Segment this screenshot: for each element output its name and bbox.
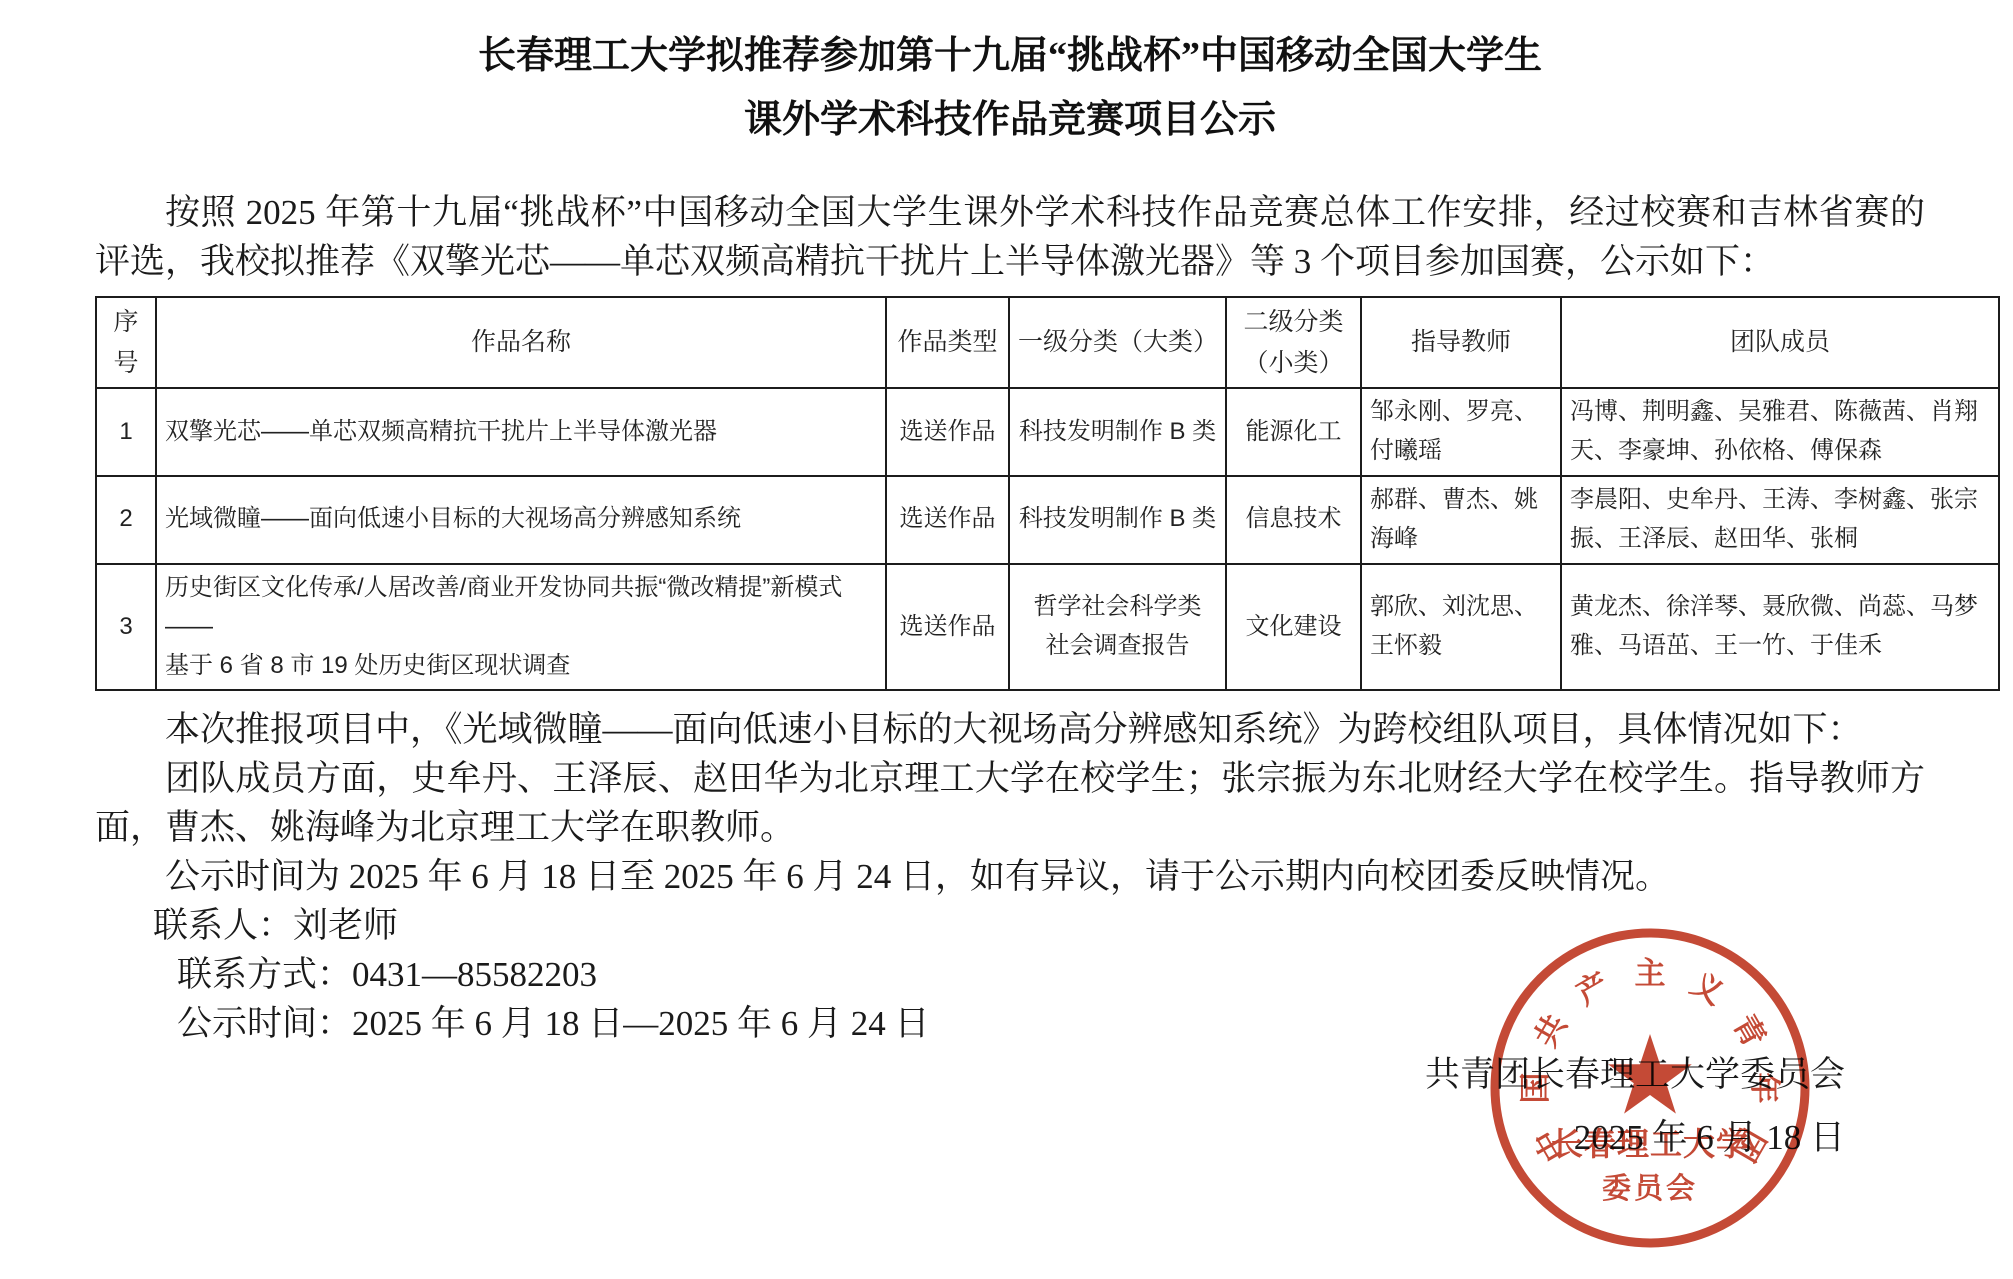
- header-work-type: 作品类型: [886, 297, 1009, 388]
- projects-table: 序 号 作品名称 作品类型 一级分类（大类） 二级分类 （小类） 指导教师 团队…: [95, 296, 2000, 691]
- cell-advisors: 郝群、曹杰、姚海峰: [1361, 476, 1561, 564]
- cell-work-name: 光域微瞳——面向低速小目标的大视场高分辨感知系统: [156, 476, 886, 564]
- seal-committee-text: 委员会: [1602, 1172, 1698, 1205]
- seal-university-text: 长春理工大学: [1551, 1126, 1749, 1162]
- svg-text:义: 义: [1685, 966, 1729, 1012]
- cell-work-type: 选送作品: [886, 476, 1009, 564]
- table-row: 1 双擎光芯——单芯双频高精抗干扰片上半导体激光器 选送作品 科技发明制作 B …: [96, 388, 1999, 476]
- cell-members: 黄龙杰、徐洋琴、聂欣微、尚蕊、马梦雅、马语茁、王一竹、于佳禾: [1561, 564, 1999, 691]
- official-seal: 中 国 共 产 主 义 青 年 团 长春理工大学 委员会: [1480, 918, 1820, 1258]
- cell-members: 冯博、荆明鑫、吴雅君、陈薇茜、肖翔天、李豪坤、孙依格、傅保森: [1561, 388, 1999, 476]
- cell-category-2: 信息技术: [1226, 476, 1361, 564]
- table-row: 2 光域微瞳——面向低速小目标的大视场高分辨感知系统 选送作品 科技发明制作 B…: [96, 476, 1999, 564]
- svg-text:产: 产: [1571, 966, 1615, 1012]
- cell-category-2: 能源化工: [1226, 388, 1361, 476]
- cell-no: 1: [96, 388, 156, 476]
- cell-advisors: 郭欣、刘沈思、王怀毅: [1361, 564, 1561, 691]
- cell-category-2: 文化建设: [1226, 564, 1361, 691]
- cell-category-1: 哲学社会科学类 社会调查报告: [1009, 564, 1226, 691]
- cell-work-name: 双擎光芯——单芯双频高精抗干扰片上半导体激光器: [156, 388, 886, 476]
- header-category-2: 二级分类 （小类）: [1226, 297, 1361, 388]
- svg-text:国: 国: [1518, 1073, 1553, 1104]
- header-no: 序 号: [96, 297, 156, 388]
- cell-work-name: 历史街区文化传承/人居改善/商业开发协同共振“微改精提”新模式—— 基于 6 省…: [156, 564, 886, 691]
- title-line-1: 长春理工大学拟推荐参加第十九届“挑战杯”中国移动全国大学生: [95, 28, 1925, 84]
- page-title: 长春理工大学拟推荐参加第十九届“挑战杯”中国移动全国大学生 课外学术科技作品竞赛…: [95, 28, 1925, 148]
- cell-advisors: 邹永刚、罗亮、付曦瑶: [1361, 388, 1561, 476]
- svg-text:主: 主: [1635, 956, 1666, 991]
- cell-work-type: 选送作品: [886, 564, 1009, 691]
- star-icon: [1608, 1034, 1692, 1114]
- svg-text:青: 青: [1726, 1009, 1772, 1053]
- svg-text:共: 共: [1528, 1009, 1574, 1053]
- cell-no: 2: [96, 476, 156, 564]
- cell-no: 3: [96, 564, 156, 691]
- table-row: 3 历史街区文化传承/人居改善/商业开发协同共振“微改精提”新模式—— 基于 6…: [96, 564, 1999, 691]
- header-advisors: 指导教师: [1361, 297, 1561, 388]
- cell-members: 李晨阳、史牟丹、王涛、李树鑫、张宗振、王泽辰、赵田华、张桐: [1561, 476, 1999, 564]
- header-category-1: 一级分类（大类）: [1009, 297, 1226, 388]
- announcement-document: 长春理工大学拟推荐参加第十九届“挑战杯”中国移动全国大学生 课外学术科技作品竞赛…: [0, 0, 2013, 1279]
- cell-work-type: 选送作品: [886, 388, 1009, 476]
- crossteam-paragraph: 本次推报项目中，《光域微瞳——面向低速小目标的大视场高分辨感知系统》为跨校组队项…: [95, 705, 1925, 754]
- notice-period-paragraph: 公示时间为 2025 年 6 月 18 日至 2025 年 6 月 24 日，如…: [95, 852, 1925, 901]
- cell-category-1: 科技发明制作 B 类: [1009, 388, 1226, 476]
- cell-category-1: 科技发明制作 B 类: [1009, 476, 1226, 564]
- header-work-name: 作品名称: [156, 297, 886, 388]
- members-detail-paragraph: 团队成员方面，史牟丹、王泽辰、赵田华为北京理工大学在校学生；张宗振为东北财经大学…: [95, 754, 1925, 852]
- intro-paragraph: 按照 2025 年第十九届“挑战杯”中国移动全国大学生课外学术科技作品竞赛总体工…: [95, 188, 1925, 286]
- table-header-row: 序 号 作品名称 作品类型 一级分类（大类） 二级分类 （小类） 指导教师 团队…: [96, 297, 1999, 388]
- header-members: 团队成员: [1561, 297, 1999, 388]
- title-line-2: 课外学术科技作品竞赛项目公示: [95, 92, 1925, 148]
- svg-text:年: 年: [1747, 1073, 1782, 1104]
